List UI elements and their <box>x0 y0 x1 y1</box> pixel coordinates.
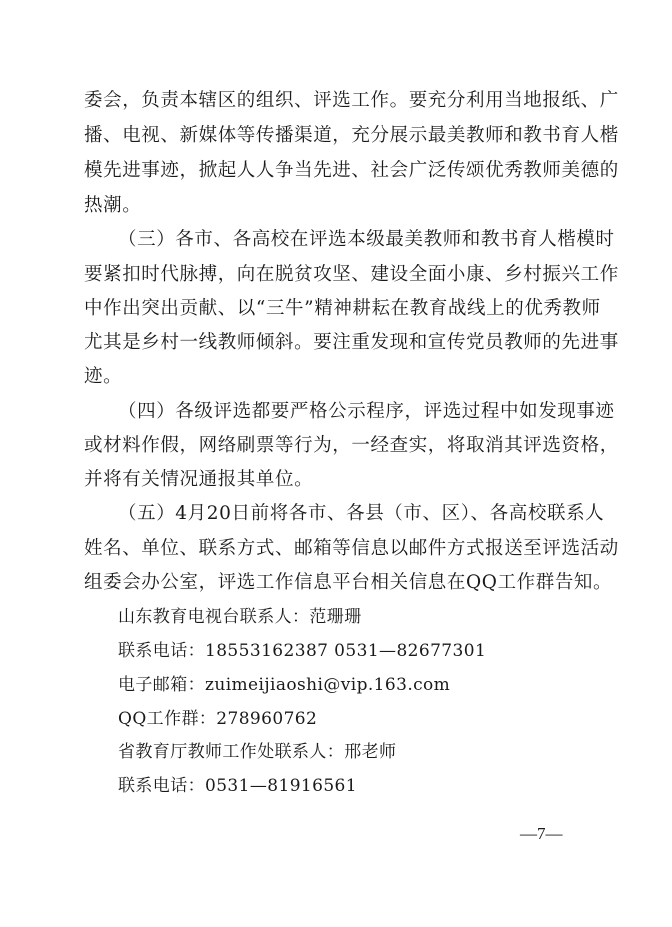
paragraph-line: 模先进事迹，掀起人人争当先进、社会广泛传颂优秀教师美德的 <box>84 159 594 183</box>
document-page: 委会，负责本辖区的组织、评选工作。要充分利用当地报纸、广 播、电视、新媒体等传播… <box>0 0 672 927</box>
paragraph-line: 组委会办公室，评选工作信息平台相关信息在QQ工作群告知。 <box>84 571 594 595</box>
paragraph-line: 播、电视、新媒体等传播渠道，充分展示最美教师和教书育人楷 <box>84 124 594 148</box>
paragraph-line: 尤其是乡村一线教师倾斜。要注重发现和宣传党员教师的先进事 <box>84 331 594 355</box>
contact-line: QQ工作群：278960762 <box>118 707 628 731</box>
paragraph-line: 中作出突出贡献、以“三牛”精神耕耘在教育战线上的优秀教师 <box>84 297 594 321</box>
contact-line: 省教育厅教师工作处联系人：邢老师 <box>118 740 628 764</box>
paragraph-line: 要紧扣时代脉搏，向在脱贫攻坚、建设全面小康、乡村振兴工作 <box>84 263 594 287</box>
contact-line: 联系电话：0531—81916561 <box>118 774 628 798</box>
paragraph-line: （四）各级评选都要严格公示程序，评选过程中如发现事迹 <box>118 400 594 424</box>
paragraph-line: 并将有关情况通报其单位。 <box>84 468 594 492</box>
contact-line: 山东教育电视台联系人：范珊珊 <box>118 605 628 629</box>
paragraph-line: 或材料作假，网络刷票等行为，一经查实，将取消其评选资格， <box>84 434 594 458</box>
paragraph-line: （三）各市、各高校在评选本级最美教师和教书育人楷模时 <box>118 228 594 252</box>
contact-line: 电子邮箱：zuimeijiaoshi@vip.163.com <box>118 673 628 697</box>
paragraph-line: 热潮。 <box>84 194 594 218</box>
paragraph-line: 姓名、单位、联系方式、邮箱等信息以邮件方式报送至评选活动 <box>84 537 594 561</box>
contact-line: 联系电话：18553162387 0531—82677301 <box>118 639 628 663</box>
paragraph-line: 委会，负责本辖区的组织、评选工作。要充分利用当地报纸、广 <box>84 89 594 113</box>
paragraph-line: （五）4月20日前将各市、各县（市、区）、各高校联系人 <box>118 502 594 526</box>
paragraph-line: 迹。 <box>84 365 594 389</box>
page-number: —7— <box>520 824 563 844</box>
